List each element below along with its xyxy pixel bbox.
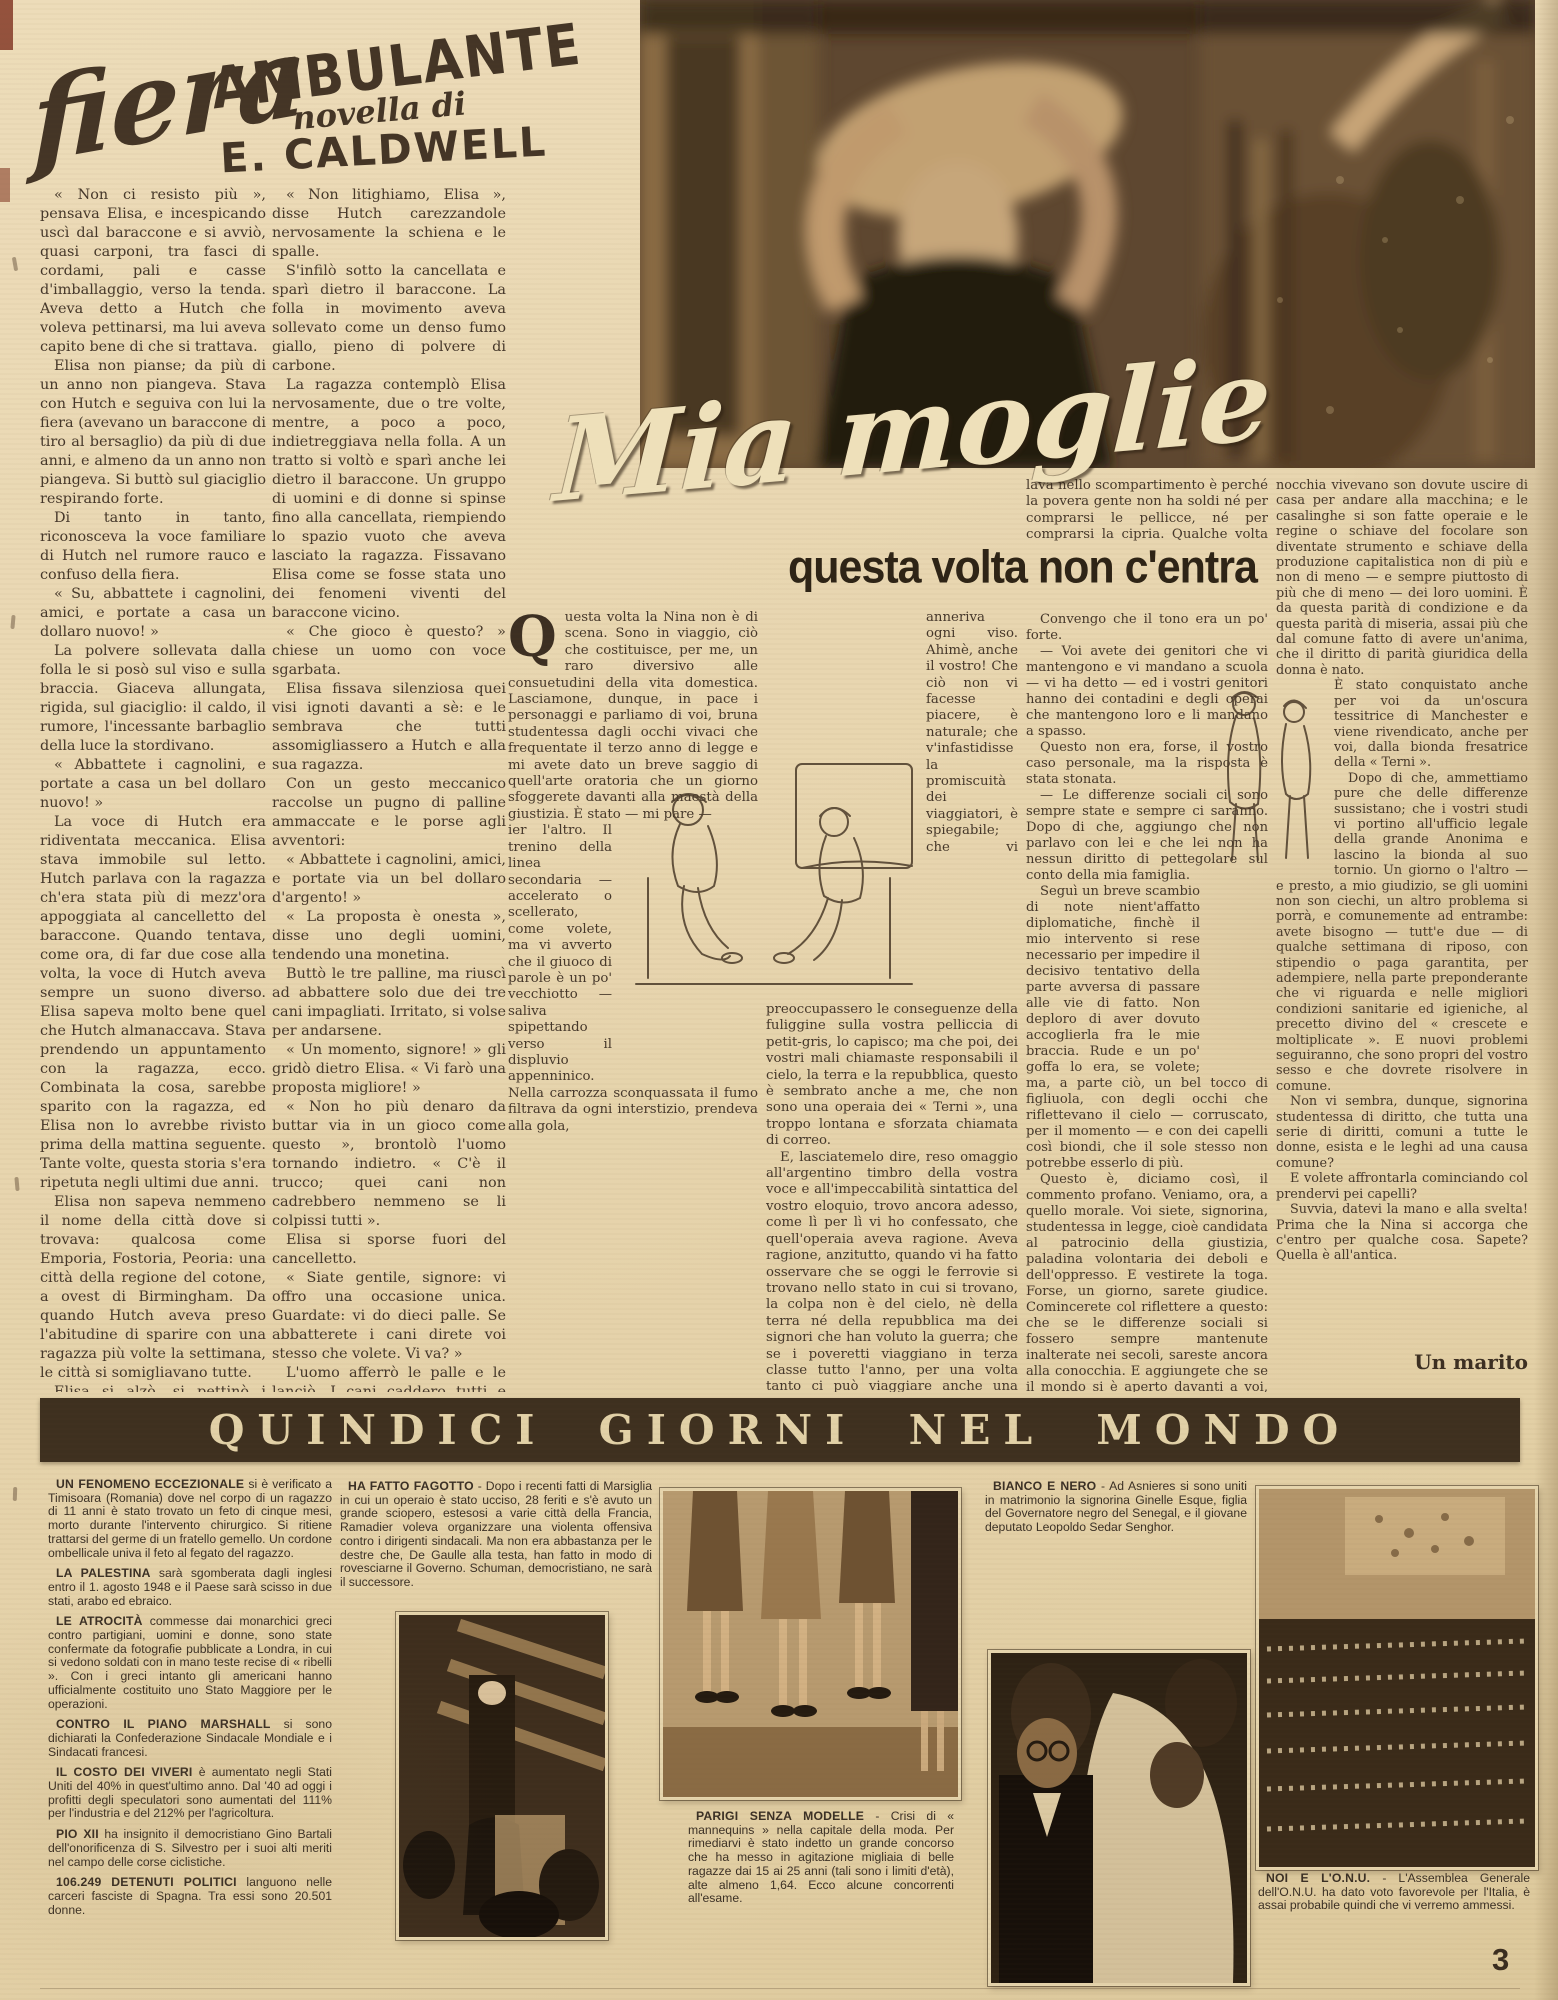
paragraph: « Non litighiamo, Elisa », disse Hutch c… (272, 186, 506, 262)
paragraph: E, lasciatemelo dire, reso omaggio all'a… (766, 1150, 1018, 1392)
paragraph: « Siate gentile, signore: vi offro una o… (272, 1269, 506, 1364)
news-item-lead: IL COSTO DEI VIVERI (56, 1765, 193, 1779)
sketch-train-compartment (628, 758, 920, 1008)
paragraph: nocchia vivevano son dovute uscire di ca… (1276, 478, 1528, 678)
photo-paris-models (660, 1488, 961, 1800)
magazine-page: fiera AMBULANTE novella di E. CALDWELL «… (0, 0, 1558, 2000)
sketch-two-women (1206, 682, 1326, 872)
news-item-text: si è verificato a Timisoara (Romania) do… (48, 1478, 332, 1560)
paragraph: « Un momento, signore! » gli gridò dietr… (272, 1041, 506, 1098)
caption-lead: PARIGI SENZA MODELLE (696, 1810, 864, 1823)
paragraph: Questo è, diciamo così, il commento prof… (1026, 1172, 1268, 1392)
news-item-lead: PIO XII (56, 1827, 99, 1841)
paragraph: Di tanto in tanto, riconosceva la voce f… (40, 509, 266, 585)
caption-text: - Crisi di « mannequins » nella capitale… (688, 1810, 954, 1905)
fiera-column-2: « Non litighiamo, Elisa », disse Hutch c… (272, 186, 506, 1392)
news-item: PIO XII ha insignito il democristiano Gi… (48, 1828, 332, 1869)
article-subtitle: questa volta non c'entra (788, 542, 1266, 605)
margin-mark (12, 257, 18, 271)
paragraph: S'infilò sotto la cancellata e sparì die… (272, 262, 506, 376)
news-item-lead: 106.249 DETENUTI POLITICI (56, 1875, 237, 1889)
illustration-gap (1206, 884, 1268, 1069)
caption-parigi: PARIGI SENZA MODELLE - Crisi di « manneq… (688, 1810, 954, 1955)
fiera-column-1: « Non ci resisto più », pensava Elisa, e… (40, 186, 266, 1392)
paragraph: Elisa non pianse; da più di un anno non … (40, 357, 266, 509)
margin-mark (13, 1487, 17, 1501)
paragraph: La voce di Hutch era ridiventata meccani… (40, 813, 266, 1193)
paragraph: Con un gesto meccanico raccolse un pugno… (272, 775, 506, 851)
paragraph: Elisa si alzò, si pettinò i capelli e si… (40, 1383, 266, 1392)
article-signature: Un marito (1396, 1350, 1528, 1374)
paragraph: Elisa si sporse fuori del cancelletto. (272, 1231, 506, 1269)
news-item-text: commesse dai monarchici greci contro par… (48, 1614, 332, 1710)
caption-onu: NOI E L'O.N.U. - L'Assemblea Generale de… (1258, 1872, 1530, 1950)
margin-mark (10, 615, 15, 629)
paragraph: « Non ci resisto più », pensava Elisa, e… (40, 186, 266, 357)
paragraph: Suvvia, datevi la mano e alla svelta! Pr… (1276, 1202, 1528, 1264)
paragraph: « Che gioco è questo? » chiese un uomo c… (272, 623, 506, 680)
caption-lead: NOI E L'O.N.U. (1266, 1872, 1370, 1885)
news-item-lead: HA FATTO FAGOTTO (348, 1480, 474, 1493)
dropcap: Q (508, 610, 565, 660)
mia-moglie-column-4: nocchia vivevano son dovute uscire di ca… (1276, 478, 1528, 1382)
news-item-lead: UN FENOMENO ECCEZIONALE (56, 1478, 244, 1491)
paragraph: « La proposta è onesta », disse uno degl… (272, 908, 506, 965)
paragraph: « Abbattete i cagnolini, amici, e portat… (272, 851, 506, 908)
margin-mark (0, 0, 13, 50)
paragraph: Non vi sembra, dunque, signorina student… (1276, 1094, 1528, 1171)
paragraph: E volete affrontarla cominciando col pre… (1276, 1171, 1528, 1202)
news-bianco-e-nero: BIANCO E NERO - Ad Asnieres si sono unit… (985, 1480, 1247, 1648)
news-column-1: UN FENOMENO ECCEZIONALE si è verificato … (48, 1478, 332, 1980)
paragraph: « Su, abbattete i cagnolini, amici, e po… (40, 585, 266, 642)
news-item-lead: LE ATROCITÀ (56, 1614, 143, 1628)
page-number: 3 (1492, 1942, 1509, 1978)
news-item: LA PALESTINA sarà sgomberata dagli ingle… (48, 1567, 332, 1608)
paragraph: Elisa non sapeva nemmeno il nome della c… (40, 1193, 266, 1383)
news-item-lead: BIANCO E NERO (993, 1480, 1096, 1493)
paragraph: « Non ho più denaro da buttar via in un … (272, 1098, 506, 1231)
section-banner: QUINDICI GIORNI NEL MONDO (40, 1398, 1520, 1462)
paragraph: Convengo che il tono era un po' forte. (1026, 612, 1268, 644)
news-item: PARIGI SENZA MODELLE - Crisi di « manneq… (688, 1810, 954, 1906)
news-item: UN FENOMENO ECCEZIONALE si è verificato … (48, 1478, 332, 1560)
news-item: CONTRO IL PIANO MARSHALL si sono dichiar… (48, 1718, 332, 1759)
section-banner-title: QUINDICI GIORNI NEL MONDO (40, 1398, 1520, 1462)
news-item-lead: LA PALESTINA (56, 1566, 151, 1580)
paragraph: La ragazza contemplò Elisa nervosamente,… (272, 376, 506, 623)
paragraph: « Abbattete i cagnolini, e portate a cas… (40, 756, 266, 813)
news-item: LE ATROCITÀ commesse dai monarchici grec… (48, 1615, 332, 1711)
paragraph: Buttò le tre palline, ma riuscì ad abbat… (272, 965, 506, 1041)
paragraph: Elisa fissava silenziosa quei visi ignot… (272, 680, 506, 775)
news-item: 106.249 DETENUTI POLITICI languono nelle… (48, 1876, 332, 1917)
photo-french-assembly (396, 1612, 608, 1940)
photo-un-assembly (1256, 1486, 1538, 1870)
paragraph: L'uomo afferrò le palle e le lanciò. I c… (272, 1364, 506, 1392)
news-item: HA FATTO FAGOTTO - Dopo i recenti fatti … (340, 1480, 652, 1590)
news-item: IL COSTO DEI VIVERI è aumentato negli St… (48, 1766, 332, 1821)
news-item-lead: CONTRO IL PIANO MARSHALL (56, 1717, 271, 1731)
paragraph: La polvere sollevata dalla folla le si p… (40, 642, 266, 756)
news-item: NOI E L'O.N.U. - L'Assemblea Generale de… (1258, 1872, 1530, 1913)
news-item: BIANCO E NERO - Ad Asnieres si sono unit… (985, 1480, 1247, 1535)
news-fagotto: HA FATTO FAGOTTO - Dopo i recenti fatti … (340, 1480, 652, 1620)
margin-mark (14, 1177, 19, 1191)
news-item-text: - Dopo i recenti fatti di Marsiglia in c… (340, 1480, 652, 1589)
margin-mark (0, 168, 10, 202)
bottom-rule (40, 1988, 1520, 1989)
photo-senghor-wedding (988, 1650, 1250, 1986)
